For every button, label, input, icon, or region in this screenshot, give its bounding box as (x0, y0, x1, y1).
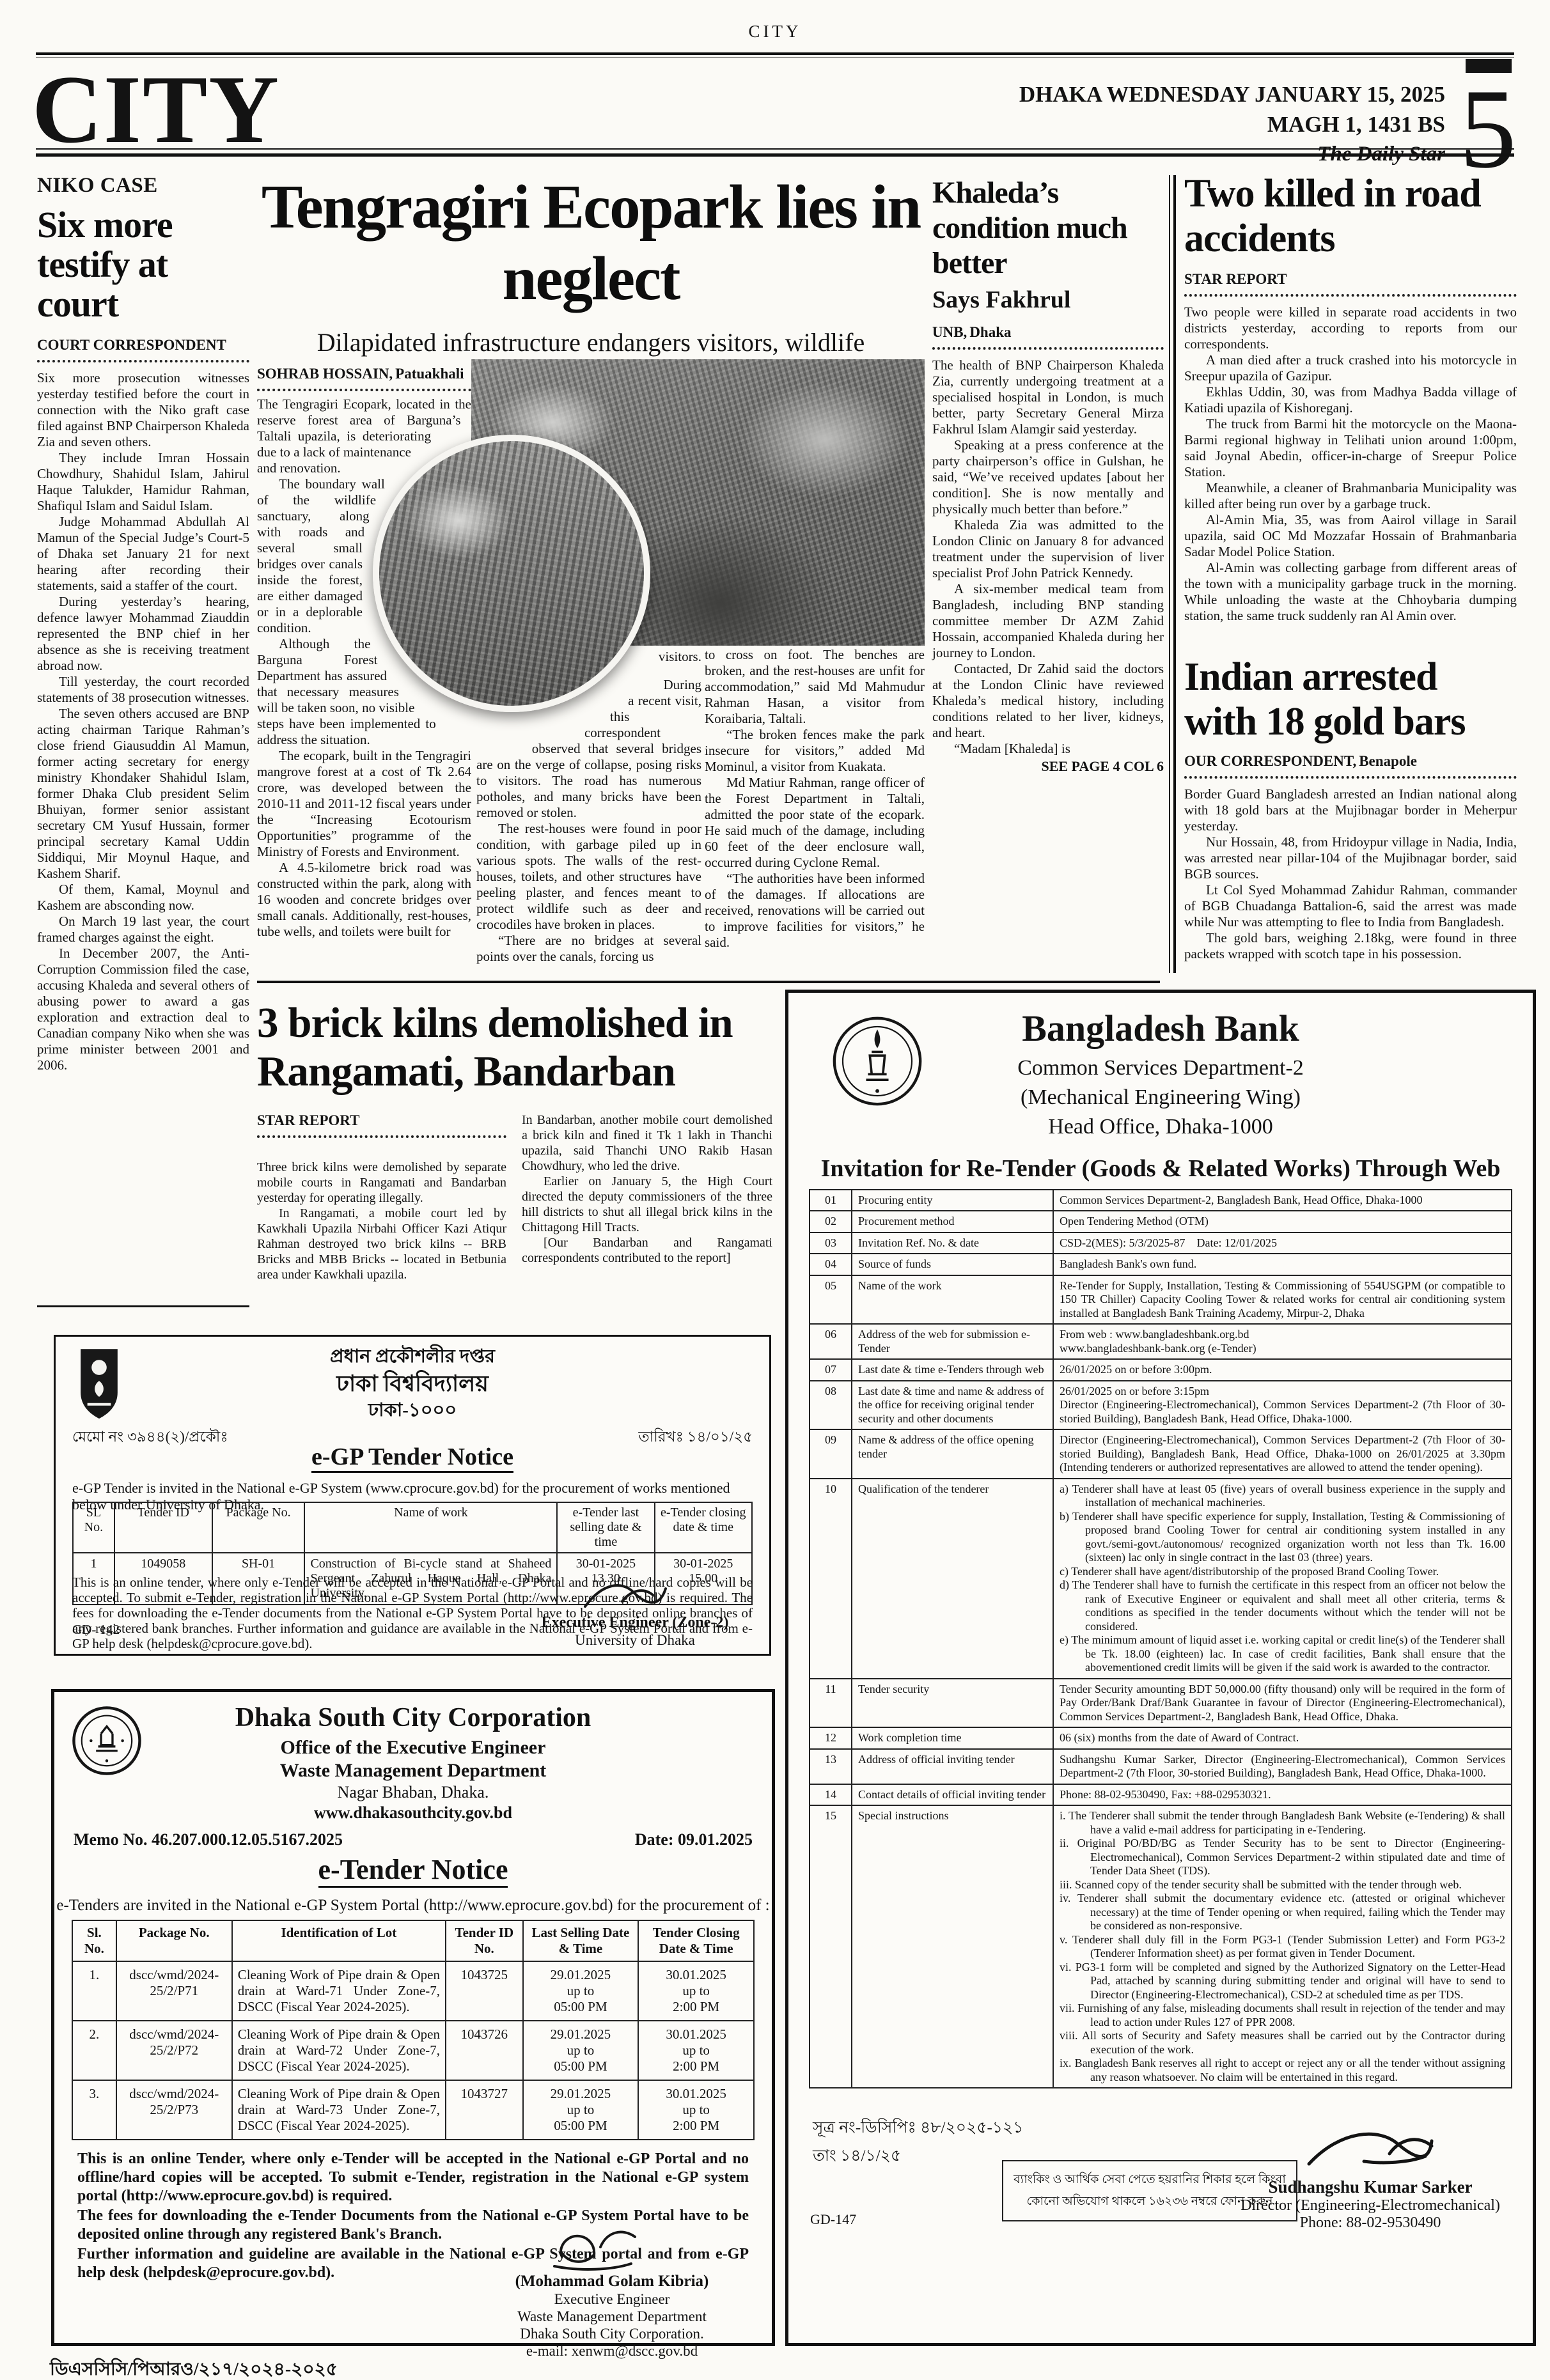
byline-rule (257, 389, 471, 391)
paragraph: A man died after a truck crashed into hi… (1184, 352, 1517, 384)
cell-no: 09 (810, 1429, 852, 1479)
bb-row: 04Source of fundsBangladesh Bank's own f… (810, 1254, 1512, 1275)
dscc-title: e-Tender Notice (318, 1853, 508, 1888)
cell-sl: 1. (72, 1961, 116, 2021)
cell-line: Phone: 88-02-9530490, Fax: +88-029530321… (1060, 1788, 1505, 1802)
cell-upto: up to (644, 2042, 748, 2058)
col-header: Tender Closing Date & Time (638, 1920, 754, 1961)
paragraph: In December 2007, the Anti-Corruption Co… (37, 945, 249, 1073)
cell-label: Special instructions (852, 1805, 1053, 2088)
paragraph: Khaleda Zia was admitted to the London C… (932, 517, 1164, 581)
article-col-2: visitors.During a recent visit, this cor… (476, 647, 701, 1005)
bb-signatory-title: Director (Engineering-Electromechanical) (1230, 2197, 1511, 2214)
paragraph: Judge Mohammad Abdullah Al Mamun of the … (37, 514, 249, 594)
cell-no: 15 (810, 1805, 852, 2088)
paragraph: The seven others accused are BNP acting … (37, 706, 249, 882)
cell-label: Procuring entity (852, 1190, 1053, 1211)
bb-row: 05Name of the workRe-Tender for Supply, … (810, 1275, 1512, 1325)
dscc-signatory-line: Waste Management Department (471, 2308, 753, 2325)
paragraph: The rest-houses were found in poor condi… (476, 821, 701, 933)
kicker: NIKO CASE (37, 174, 249, 198)
col-header: Name of work (304, 1502, 557, 1553)
bb-ref-no: সূত্র নং-ডিসিপিঃ ৪৮/২০২৫-১২১ (813, 2114, 1023, 2142)
paragraph: During a recent visit, this corresponden… (476, 665, 701, 821)
cell-close-date: 30.01.2025 (644, 1967, 748, 1983)
paragraph: Of them, Kamal, Moynul and Kashem are ab… (37, 882, 249, 914)
special-instruction-item: viii. All sorts of Security and Safety m… (1060, 2029, 1505, 2057)
byline-name: OUR CORRESPONDENT, (1184, 753, 1356, 769)
byline-rule (37, 360, 249, 362)
du-table-header-row: SL No. Tender ID Package No. Name of wor… (73, 1502, 752, 1553)
cell-upto: up to (644, 2102, 748, 2118)
qualification-item: a) Tenderer shall have at least 05 (five… (1060, 1482, 1505, 1510)
paragraph: Al-Amin Mia, 35, was from Aairol village… (1184, 512, 1517, 560)
bb-addr: Head Office, Dhaka-1000 (788, 1112, 1533, 1142)
cell-line: Re-Tender for Supply, Installation, Test… (1060, 1279, 1505, 1321)
cell-no: 10 (810, 1479, 852, 1679)
col-header: Package No. (212, 1502, 305, 1553)
cell-lot: Cleaning Work of Pipe drain & Open drain… (232, 1961, 446, 2021)
bb-footer: সূত্র নং-ডিসিপিঃ ৪৮/২০২৫-১২১ তাং ১৪/১/২৫… (810, 2097, 1511, 2232)
dscc-date: Date: 09.01.2025 (635, 1830, 753, 1849)
subhead: Says Fakhrul (932, 286, 1164, 314)
cell-tender-id: 1043726 (446, 2021, 523, 2080)
bb-row: 09Name & address of the office opening t… (810, 1429, 1512, 1479)
byline-place: Benapole (1359, 753, 1417, 769)
special-instruction-item: ix. Bangladesh Bank reserves all right t… (1060, 2057, 1505, 2084)
col-header: Tender ID (114, 1502, 212, 1553)
paragraph: to cross on foot. The benches are broken… (705, 647, 925, 727)
paragraph: Md Matiur Rahman, range officer of the F… (705, 775, 925, 871)
col-header: Identification of Lot (232, 1920, 446, 1961)
cell-no: 14 (810, 1784, 852, 1806)
cell-no: 04 (810, 1254, 852, 1275)
bb-ref-date: তাং ১৪/১/২৫ (813, 2142, 1023, 2170)
dscc-table-header-row: Sl. No. Package No. Identification of Lo… (72, 1920, 754, 1961)
cell-label: Qualification of the tenderer (852, 1479, 1053, 1679)
cell-tender-id: 1043727 (446, 2080, 523, 2140)
cell-line: Director (Engineering-Electromechanical)… (1060, 1433, 1505, 1475)
cell-line: CSD-2(MES): 5/3/2025-87 Date: 12/01/2025 (1060, 1236, 1505, 1250)
cell-label: Invitation Ref. No. & date (852, 1233, 1053, 1254)
dscc-table-row: 1. dscc/wmd/2024-25/2/P71 Cleaning Work … (72, 1961, 754, 2021)
bb-ref-block: সূত্র নং-ডিসিপিঃ ৪৮/২০২৫-১২১ তাং ১৪/১/২৫ (813, 2114, 1023, 2170)
masthead-title: CITY (32, 59, 280, 161)
dscc-website: www.dhakasouthcity.gov.bd (54, 1803, 772, 1823)
col-header: Package No. (116, 1920, 232, 1961)
special-instruction-item: i. The Tenderer shall submit the tender … (1060, 1809, 1505, 1837)
special-instruction-item: vi. PG3-1 form will be completed and sig… (1060, 1961, 1505, 2002)
paragraph: They include Imran Hossain Chowdhury, Sh… (37, 450, 249, 514)
dscc-ref-code: ডিএসসিসি/পিআরও/২১৭/২০২৪-২০২৫ (50, 2355, 338, 2380)
article-niko-case: NIKO CASE Six more testify at court COUR… (37, 174, 249, 1073)
col-header: e-Tender closing date & time (655, 1502, 753, 1553)
special-instruction-item: iii. Scanned copy of the tender security… (1060, 1878, 1505, 1892)
col-header: Tender ID No. (446, 1920, 523, 1961)
byline-rule (1184, 294, 1517, 297)
cell-line: 06 (six) months from the date of Award o… (1060, 1731, 1505, 1745)
du-title: e-GP Tender Notice (311, 1443, 513, 1473)
article-body: The health of BNP Chairperson Khaleda Zi… (932, 357, 1164, 757)
du-tender-notice-box: প্রধান প্রকৌশলীর দপ্তর ঢাকা বিশ্ববিদ্যাল… (54, 1335, 771, 1656)
bb-row: 15Special instructionsi. The Tenderer sh… (810, 1805, 1512, 2088)
cell-lot: Cleaning Work of Pipe drain & Open drain… (232, 2021, 446, 2080)
byline-block: SOHRAB HOSSAIN, Patuakhali (257, 366, 471, 399)
jump-line: SEE PAGE 4 COL 6 (932, 758, 1164, 775)
cell-line: Bangladesh Bank's own fund. (1060, 1257, 1505, 1272)
cell-line: 26/01/2025 on or before 3:15pm (1060, 1385, 1505, 1399)
bb-row: 01Procuring entityCommon Services Depart… (810, 1190, 1512, 1211)
paragraph: Contacted, Dr Zahid said the doctors at … (932, 661, 1164, 741)
paragraph: Meanwhile, a cleaner of Brahmanbaria Mun… (1184, 480, 1517, 512)
col-header: SL No. (73, 1502, 114, 1553)
byline-place: Dhaka (969, 324, 1011, 340)
col-header: e-Tender last selling date & time (557, 1502, 654, 1553)
dscc-signatory-line: Dhaka South City Corporation. (471, 2325, 753, 2342)
cell-line: Tender Security amounting BDT 50,000.00 … (1060, 1683, 1505, 1724)
cell-sell-date: 29.01.2025 (529, 1967, 633, 1983)
du-gd-code: GD- 142 (72, 1622, 120, 1638)
dscc-signatory-lines: Executive EngineerWaste Management Depar… (471, 2291, 753, 2360)
cell-close-time: 2:00 PM (644, 2118, 748, 2134)
headline-ecopark: Tengragiri Ecopark lies in neglect (257, 171, 925, 315)
du-signatory-org: University of Dhaka (513, 1632, 756, 1649)
qualification-item: b) Tenderer shall have specific experien… (1060, 1510, 1505, 1565)
bb-tender-notice-box: Bangladesh Bank Common Services Departme… (785, 990, 1536, 2346)
article-col-3: to cross on foot. The benches are broken… (705, 647, 925, 1005)
article-khaleda: Khaleda’s condition much better Says Fak… (932, 175, 1164, 775)
dscc-tender-table: Sl. No. Package No. Identification of Lo… (72, 1920, 755, 2140)
bb-tender-table: 01Procuring entityCommon Services Depart… (809, 1189, 1512, 2089)
bb-row: 06Address of the web for submission e-Te… (810, 1324, 1512, 1359)
dscc-office: Office of the Executive Engineer (54, 1737, 772, 1759)
cell-line: 26/01/2025 on or before 3:00pm. (1060, 1363, 1505, 1377)
paragraph: Earlier on January 5, the High Court dir… (522, 1174, 772, 1235)
dateline-bangla-calendar: MAGH 1, 1431 BS (895, 109, 1445, 139)
dscc-tender-notice-box: Dhaka South City Corporation Office of t… (51, 1689, 775, 2346)
cell-sell-time: 05:00 PM (529, 2058, 633, 2074)
col2-paragraphs: visitors.During a recent visit, this cor… (476, 647, 701, 965)
dscc-signature-mark (542, 2215, 644, 2277)
cell-label: Tender security (852, 1679, 1053, 1728)
dscc-table-row: 3. dscc/wmd/2024-25/2/P73 Cleaning Work … (72, 2080, 754, 2140)
cell-upto: up to (529, 2042, 633, 2058)
cell-label: Name of the work (852, 1275, 1053, 1325)
byline: STAR REPORT (257, 1112, 506, 1129)
cell-label: Name & address of the office opening ten… (852, 1429, 1053, 1479)
dscc-terms: This is an online Tender, where only e-T… (77, 2150, 749, 2283)
du-title-wrap: e-GP Tender Notice (56, 1443, 769, 1473)
cell-no: 11 (810, 1679, 852, 1728)
cell-sell-time: 05:00 PM (529, 1999, 633, 2015)
bb-gd-code: GD-147 (810, 2211, 856, 2228)
paragraph: “The broken fences make the park insecur… (705, 727, 925, 775)
special-instruction-item: iv. Tenderer shall submit the documentar… (1060, 1892, 1505, 1933)
cell-sl: 2. (72, 2021, 116, 2080)
dscc-address: Nagar Bhaban, Dhaka. (54, 1783, 772, 1802)
qualification-item: d) The Tenderer shall have to furnish th… (1060, 1578, 1505, 1633)
cell-close-date: 30.01.2025 (644, 2026, 748, 2042)
dscc-department: Waste Management Department (54, 1760, 772, 1782)
bb-row: 12Work completion time06 (six) months fr… (810, 1727, 1512, 1749)
cell-label: Source of funds (852, 1254, 1053, 1275)
cell-label: Last date & time e-Tenders through web (852, 1359, 1053, 1381)
cell-close-date: 30-01-2025 (661, 1557, 747, 1571)
cell-line: Common Services Department-2, Bangladesh… (1060, 1194, 1505, 1208)
paragraph: On March 19 last year, the court framed … (37, 914, 249, 945)
col-header: Sl. No. (72, 1920, 116, 1961)
cell-label: Last date & time and name & address of t… (852, 1381, 1053, 1430)
header-rule-bottom (36, 148, 1514, 157)
deck: Dilapidated infrastructure endangers vis… (257, 327, 925, 357)
cell-label: Address of the web for submission e-Tend… (852, 1324, 1053, 1359)
bangladesh-bank-logo (831, 1015, 924, 1111)
paragraph: A six-member medical team from Banglades… (932, 581, 1164, 661)
cell-no: 06 (810, 1324, 852, 1359)
col3-paragraphs: to cross on foot. The benches are broken… (705, 647, 925, 951)
bb-signature-block: Sudhangshu Kumar Sarker Director (Engine… (1230, 2124, 1511, 2232)
newspaper-page: CITY CITY DHAKA WEDNESDAY JANUARY 15, 20… (0, 0, 1550, 2380)
dscc-signatory-line: e-mail: xenwm@dscc.gov.bd (471, 2342, 753, 2360)
cell-line: Sudhangshu Kumar Sarker, Director (Engin… (1060, 1753, 1505, 1780)
cell-label: Contact details of official inviting ten… (852, 1784, 1053, 1806)
paragraph: Ekhlas Uddin, 30, was from Madhya Badda … (1184, 384, 1517, 416)
dscc-memo-no: Memo No. 46.207.000.12.05.5167.2025 (74, 1830, 343, 1849)
paragraph: [Our Bandarban and Rangamati corresponde… (522, 1235, 772, 1266)
paragraph: Two people were killed in separate road … (1184, 304, 1517, 352)
qualification-item: e) The minimum amount of liquid asset i.… (1060, 1633, 1505, 1675)
byline-name: SOHRAB HOSSAIN, (257, 366, 393, 382)
bb-row: 03Invitation Ref. No. & dateCSD-2(MES): … (810, 1233, 1512, 1254)
cell-no: 08 (810, 1381, 852, 1430)
column-divider-rule (1169, 175, 1176, 973)
cell-upto: up to (529, 1983, 633, 1999)
byline-place: Patuakhali (395, 366, 464, 382)
paragraph: The ecopark, built in the Tengragiri man… (257, 748, 471, 860)
paragraph: Three brick kilns were demolished by sep… (257, 1160, 506, 1206)
cell-no: 01 (810, 1190, 852, 1211)
cell-sell-date: 30-01-2025 (563, 1557, 648, 1571)
cell-line: www.bangladeshbank-bank.org (e-Tender) (1060, 1342, 1505, 1356)
special-instruction-item: v. Tenderer shall duly fill in the Form … (1060, 1933, 1505, 1961)
du-signature-mark (577, 1576, 673, 1619)
paragraph: Six more prosecution witnesses yesterday… (37, 370, 249, 450)
cell-line: Director (Engineering-Electromechanical)… (1060, 1398, 1505, 1426)
article-road-accidents: Two killed in road accidents STAR REPORT… (1184, 171, 1517, 624)
dateline: DHAKA WEDNESDAY JANUARY 15, 2025 (895, 79, 1445, 109)
cell-upto: up to (529, 2102, 633, 2118)
paragraph: “The authorities have been informed of t… (705, 871, 925, 951)
byline-rule (257, 1135, 506, 1138)
byline-rule (932, 347, 1164, 350)
dscc-intro: e-Tenders are invited in the National e-… (54, 1897, 772, 1915)
bb-title: Invitation for Re-Tender (Goods & Relate… (788, 1155, 1533, 1183)
dscc-table-row: 2. dscc/wmd/2024-25/2/P72 Cleaning Work … (72, 2021, 754, 2080)
paragraph: visitors. (476, 647, 701, 665)
cell-label: Work completion time (852, 1727, 1053, 1749)
bb-row: 14Contact details of official inviting t… (810, 1784, 1512, 1806)
bb-row: 10Qualification of the tenderera) Tender… (810, 1479, 1512, 1679)
cell-no: 02 (810, 1211, 852, 1233)
article-gold-bars: Indian arrested with 18 gold bars OUR CO… (1184, 655, 1517, 962)
headline-road: Two killed in road accidents (1184, 171, 1517, 261)
dscc-terms-paragraph: The fees for downloading the e-Tender Do… (77, 2207, 749, 2244)
col-header: Last Selling Date & Time (523, 1920, 639, 1961)
byline: COURT CORRESPONDENT (37, 337, 249, 354)
cell-close-date: 30.01.2025 (644, 2086, 748, 2102)
headline-kilns: 3 brick kilns demolished in Rangamati, B… (257, 999, 772, 1096)
paragraph: In Bandarban, another mobile court demol… (522, 1112, 772, 1174)
headline-khaleda: Khaleda’s condition much better (932, 175, 1164, 281)
article-body: Two people were killed in separate road … (1184, 304, 1517, 624)
byline: STAR REPORT (1184, 271, 1517, 288)
section-rule (257, 981, 1160, 983)
article-body: Border Guard Bangladesh arrested an Indi… (1184, 786, 1517, 962)
cell-package: dscc/wmd/2024-25/2/P71 (116, 1961, 232, 2021)
article-ecopark: Tengragiri Ecopark lies in neglect Dilap… (257, 171, 925, 979)
bb-row: 08Last date & time and name & address of… (810, 1381, 1512, 1430)
cell-close-time: 2:00 PM (644, 1999, 748, 2015)
cell-no: 12 (810, 1727, 852, 1749)
cell-no: 07 (810, 1359, 852, 1381)
cell-sell-time: 05:00 PM (529, 2118, 633, 2134)
paragraph: During yesterday’s hearing, defence lawy… (37, 594, 249, 674)
cell-no: 05 (810, 1275, 852, 1325)
paragraph: Till yesterday, the court recorded state… (37, 674, 249, 706)
byline-block: STAR REPORT (257, 1112, 506, 1146)
cell-package: dscc/wmd/2024-25/2/P72 (116, 2021, 232, 2080)
paragraph: A 4.5-kilometre brick road was construct… (257, 860, 471, 940)
page-number: 5 (1453, 72, 1523, 185)
paragraph: Al-Amin was collecting garbage from diff… (1184, 560, 1517, 624)
bb-row: 02Procurement methodOpen Tendering Metho… (810, 1211, 1512, 1233)
cell-label: Procurement method (852, 1211, 1053, 1233)
cell-line: Open Tendering Method (OTM) (1060, 1215, 1505, 1229)
dscc-org-name: Dhaka South City Corporation (54, 1702, 772, 1733)
cell-close-time: 2:00 PM (644, 2058, 748, 2074)
column-end-rule (37, 1305, 249, 1307)
bb-signature-mark (1300, 2124, 1441, 2174)
cell-package: dscc/wmd/2024-25/2/P73 (116, 2080, 232, 2140)
cell-tender-id: 1043725 (446, 1961, 523, 2021)
cell-sell-date: 29.01.2025 (529, 2026, 633, 2042)
article-brick-kilns: 3 brick kilns demolished in Rangamati, B… (257, 999, 772, 1096)
paragraph: “There are no bridges at several points … (476, 933, 701, 965)
kilns-col-2: In Bandarban, another mobile court demol… (522, 1112, 772, 1266)
article-body: Six more prosecution witnesses yesterday… (37, 370, 249, 1073)
paragraph: The truck from Barmi hit the motorcycle … (1184, 416, 1517, 480)
du-signatory-title: Executive Engineer (Zone-2) (513, 1614, 756, 1631)
cell-sell-date: 29.01.2025 (529, 2086, 633, 2102)
qualification-item: c) Tenderer shall have agent/distributor… (1060, 1565, 1505, 1579)
bb-row: 11Tender securityTender Security amounti… (810, 1679, 1512, 1728)
cell-upto: up to (644, 1983, 748, 1999)
bb-row: 13Address of official inviting tenderSud… (810, 1749, 1512, 1784)
paragraph: Speaking at a press conference at the pa… (932, 437, 1164, 517)
byline-name: UNB, (932, 324, 967, 340)
dscc-terms-paragraph: This is an online Tender, where only e-T… (77, 2150, 749, 2205)
cell-lot: Cleaning Work of Pipe drain & Open drain… (232, 2080, 446, 2140)
headline-gold: Indian arrested with 18 gold bars (1184, 655, 1517, 744)
special-instruction-item: vii. Furnishing of any false, misleading… (1060, 2002, 1505, 2029)
dscc-signatory-name: (Mohammad Golam Kibria) (471, 2273, 753, 2291)
paragraph: “Madam [Khaleda] is (932, 741, 1164, 757)
bb-signatory-name: Sudhangshu Kumar Sarker (1230, 2177, 1511, 2197)
du-address-bn: ঢাকা-১০০০ (56, 1396, 769, 1427)
byline-rule (1184, 776, 1517, 779)
cell-no: 13 (810, 1749, 852, 1784)
bb-row: 07Last date & time e-Tenders through web… (810, 1359, 1512, 1381)
paragraph: Nur Hossain, 48, from Hridoypur village … (1184, 834, 1517, 882)
cell-label: Address of official inviting tender (852, 1749, 1053, 1784)
headline-niko: Six more testify at court (37, 205, 249, 324)
bb-signatory-phone: Phone: 88-02-9530490 (1230, 2214, 1511, 2232)
paragraph: In Rangamati, a mobile court led by Kawk… (257, 1206, 506, 1282)
paragraph: Lt Col Syed Mohammad Zahidur Rahman, com… (1184, 882, 1517, 930)
cell-line: From web : www.bangladeshbank.org.bd (1060, 1328, 1505, 1342)
cell-no: 03 (810, 1233, 852, 1254)
paragraph: The health of BNP Chairperson Khaleda Zi… (932, 357, 1164, 437)
paragraph: Border Guard Bangladesh arrested an Indi… (1184, 786, 1517, 834)
cell-sl: 3. (72, 2080, 116, 2140)
special-instruction-item: ii. Original PO/BD/BG as Tender Security… (1060, 1837, 1505, 1878)
folio-section-label: CITY (0, 22, 1550, 42)
kilns-col-1: Three brick kilns were demolished by sep… (257, 1160, 506, 1282)
paragraph: The gold bars, weighing 2.18kg, were fou… (1184, 930, 1517, 962)
dscc-title-wrap: e-Tender Notice (54, 1853, 772, 1888)
dscc-signatory-line: Executive Engineer (471, 2291, 753, 2308)
